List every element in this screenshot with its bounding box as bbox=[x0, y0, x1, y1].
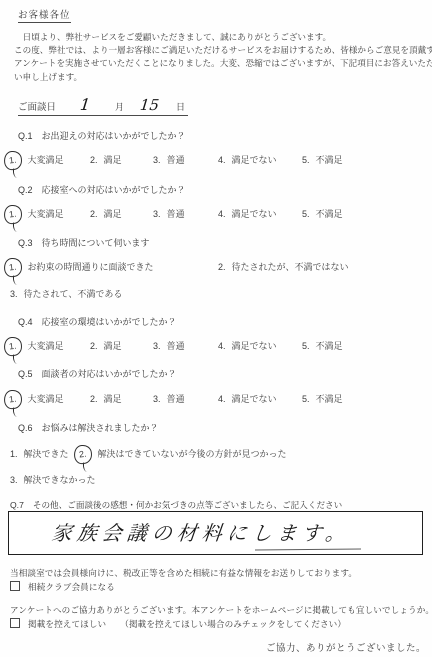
q1-option-2[interactable]: 2.満足 bbox=[90, 153, 122, 166]
day-unit-label: 日 bbox=[173, 100, 188, 116]
question-6-options-row2: 3.解決できなかった bbox=[0, 473, 432, 487]
question-6: Q.6お悩みは解決されましたか？ bbox=[18, 421, 159, 434]
q1-option-3[interactable]: 3.普通 bbox=[153, 153, 185, 166]
meeting-date-row: ご面談日 1 月 15 日 bbox=[18, 96, 188, 116]
question-7-number: Q.7 bbox=[10, 500, 24, 510]
publish-info-text: アンケートへのご協力ありがとうございます。本アンケートをホームページに掲載しても… bbox=[10, 604, 432, 616]
question-6-number: Q.6 bbox=[18, 423, 33, 433]
question-3-text: 待ち時間について伺います bbox=[42, 238, 150, 248]
question-2-options: 1.大変満足 2.満足 3.普通 4.満足でない 5.不満足 bbox=[0, 207, 432, 221]
q4-option-2[interactable]: 2.満足 bbox=[90, 339, 122, 352]
thanks-text: ご協力、ありがとうございました。 bbox=[266, 640, 426, 654]
question-5: Q.5面談者の対応はいかがでしたか？ bbox=[18, 367, 177, 380]
handwritten-circle-mark: 1. bbox=[3, 204, 23, 225]
recipient-heading: お客様各位 bbox=[18, 7, 71, 23]
question-3: Q.3待ち時間について伺います bbox=[18, 236, 149, 249]
question-7-text: その他、ご面談後の感想・何かお気づきの点等ございましたら、ご記入ください bbox=[33, 500, 342, 510]
handwritten-circle-mark: 1. bbox=[3, 389, 23, 410]
q1-option-1[interactable]: 1.大変満足 bbox=[10, 153, 64, 166]
publish-checkbox-label: 掲載を控えてほしい bbox=[28, 619, 106, 629]
intro-paragraph: 日頃より、弊社サービスをご愛顧いただきまして、誠にありがとうございます。 この度… bbox=[14, 31, 426, 84]
q4-option-4[interactable]: 4.満足でない bbox=[218, 339, 277, 352]
q2-option-2[interactable]: 2.満足 bbox=[90, 207, 122, 220]
q2-option-3[interactable]: 3.普通 bbox=[153, 207, 185, 220]
meeting-date-day-field[interactable]: 15 bbox=[127, 97, 173, 116]
question-2: Q.2応接室への対応はいかがでしたか？ bbox=[18, 183, 186, 196]
club-membership-row: 相続クラブ会員になる bbox=[10, 581, 115, 593]
question-4-options: 1.大変満足 2.満足 3.普通 4.満足でない 5.不満足 bbox=[0, 339, 432, 353]
q6-option-1[interactable]: 1.解決できた bbox=[10, 447, 69, 460]
intro-line: 日頃より、弊社サービスをご愛顧いただきまして、誠にありがとうございます。 bbox=[14, 31, 426, 44]
q2-option-4[interactable]: 4.満足でない bbox=[218, 207, 277, 220]
handwritten-circle-mark: 1. bbox=[3, 336, 23, 357]
question-4-text: 応接室の環境はいかがでしたか？ bbox=[42, 317, 177, 327]
survey-document: お客様各位 日頃より、弊社サービスをご愛顧いただきまして、誠にありがとうございま… bbox=[0, 0, 432, 657]
question-5-text: 面談者の対応はいかがでしたか？ bbox=[42, 369, 177, 379]
q5-option-1[interactable]: 1.大変満足 bbox=[10, 392, 64, 405]
handwritten-month: 1 bbox=[79, 98, 91, 112]
publish-optout-row: 掲載を控えてほしい（掲載を控えてほしい場合のみチェックをしてください） bbox=[10, 618, 346, 630]
q1-option-4[interactable]: 4.満足でない bbox=[218, 153, 277, 166]
meeting-date-label: ご面談日 bbox=[18, 99, 58, 116]
intro-line: い申し上げます。 bbox=[14, 71, 426, 84]
month-unit-label: 月 bbox=[112, 100, 127, 116]
q6-option-2[interactable]: 2.解決はできていないが今後の方針が見つかった bbox=[80, 447, 287, 460]
handwritten-day: 15 bbox=[140, 98, 161, 112]
q4-option-1[interactable]: 1.大変満足 bbox=[10, 339, 64, 352]
question-3-number: Q.3 bbox=[18, 238, 33, 248]
q4-option-3[interactable]: 3.普通 bbox=[153, 339, 185, 352]
q2-option-1[interactable]: 1.大変満足 bbox=[10, 207, 64, 220]
handwritten-circle-mark: 2. bbox=[73, 444, 93, 465]
club-checkbox-label: 相続クラブ会員になる bbox=[28, 582, 115, 592]
q5-option-4[interactable]: 4.満足でない bbox=[218, 392, 277, 405]
question-6-options-row1: 1.解決できた 2.解決はできていないが今後の方針が見つかった bbox=[0, 447, 432, 461]
q4-option-5[interactable]: 5.不満足 bbox=[302, 339, 343, 352]
q2-option-5[interactable]: 5.不満足 bbox=[302, 207, 343, 220]
question-4: Q.4応接室の環境はいかがでしたか？ bbox=[18, 315, 177, 328]
club-membership-checkbox[interactable] bbox=[10, 581, 20, 591]
handwritten-circle-mark: 1. bbox=[3, 257, 23, 278]
q5-option-2[interactable]: 2.満足 bbox=[90, 392, 122, 405]
question-2-text: 応接室への対応はいかがでしたか？ bbox=[42, 185, 186, 195]
publish-note: （掲載を控えてほしい場合のみチェックをしてください） bbox=[120, 619, 346, 629]
handwritten-circle-mark: 1. bbox=[3, 150, 23, 171]
q1-option-5[interactable]: 5.不満足 bbox=[302, 153, 343, 166]
question-1: Q.1お出迎えの対応はいかがでしたか？ bbox=[18, 129, 186, 142]
question-3-options-row2: 3.待たされて、不満である bbox=[0, 287, 432, 301]
q3-option-3[interactable]: 3.待たされて、不満である bbox=[10, 287, 122, 300]
intro-line: アンケートを実施させていただくことになりました。大変、恐縮ではございますが、下記… bbox=[14, 57, 426, 70]
q3-option-2[interactable]: 2.待たされたが、不満ではない bbox=[218, 260, 349, 273]
publish-optout-checkbox[interactable] bbox=[10, 618, 20, 628]
q5-option-5[interactable]: 5.不満足 bbox=[302, 392, 343, 405]
question-5-number: Q.5 bbox=[18, 369, 33, 379]
question-2-number: Q.2 bbox=[18, 185, 33, 195]
question-6-text: お悩みは解決されましたか？ bbox=[42, 423, 159, 433]
club-info-text: 当相談室では会員様向けに、税改正等を含めた相続に有益な情報をお送りしております。 bbox=[10, 567, 357, 579]
meeting-date-month-field[interactable]: 1 bbox=[58, 97, 112, 116]
question-3-options-row1: 1.お約束の時間通りに面談できた 2.待たされたが、不満ではない bbox=[0, 260, 432, 274]
handwritten-comment: 家族会議の材料にします。 bbox=[50, 517, 351, 546]
q5-option-3[interactable]: 3.普通 bbox=[153, 392, 185, 405]
intro-line: この度、弊社では、より一層お客様にご満足いただけるサービスをお届けするため、皆様… bbox=[14, 44, 426, 57]
q6-option-3[interactable]: 3.解決できなかった bbox=[10, 473, 96, 486]
question-4-number: Q.4 bbox=[18, 317, 33, 327]
q3-option-1[interactable]: 1.お約束の時間通りに面談できた bbox=[10, 260, 154, 273]
question-1-options: 1.大変満足 2.満足 3.普通 4.満足でない 5.不満足 bbox=[0, 153, 432, 167]
question-1-number: Q.1 bbox=[18, 131, 33, 141]
question-5-options: 1.大変満足 2.満足 3.普通 4.満足でない 5.不満足 bbox=[0, 392, 432, 406]
question-1-text: お出迎えの対応はいかがでしたか？ bbox=[42, 131, 186, 141]
question-7: Q.7その他、ご面談後の感想・何かお気づきの点等ございましたら、ご記入ください bbox=[10, 499, 342, 511]
